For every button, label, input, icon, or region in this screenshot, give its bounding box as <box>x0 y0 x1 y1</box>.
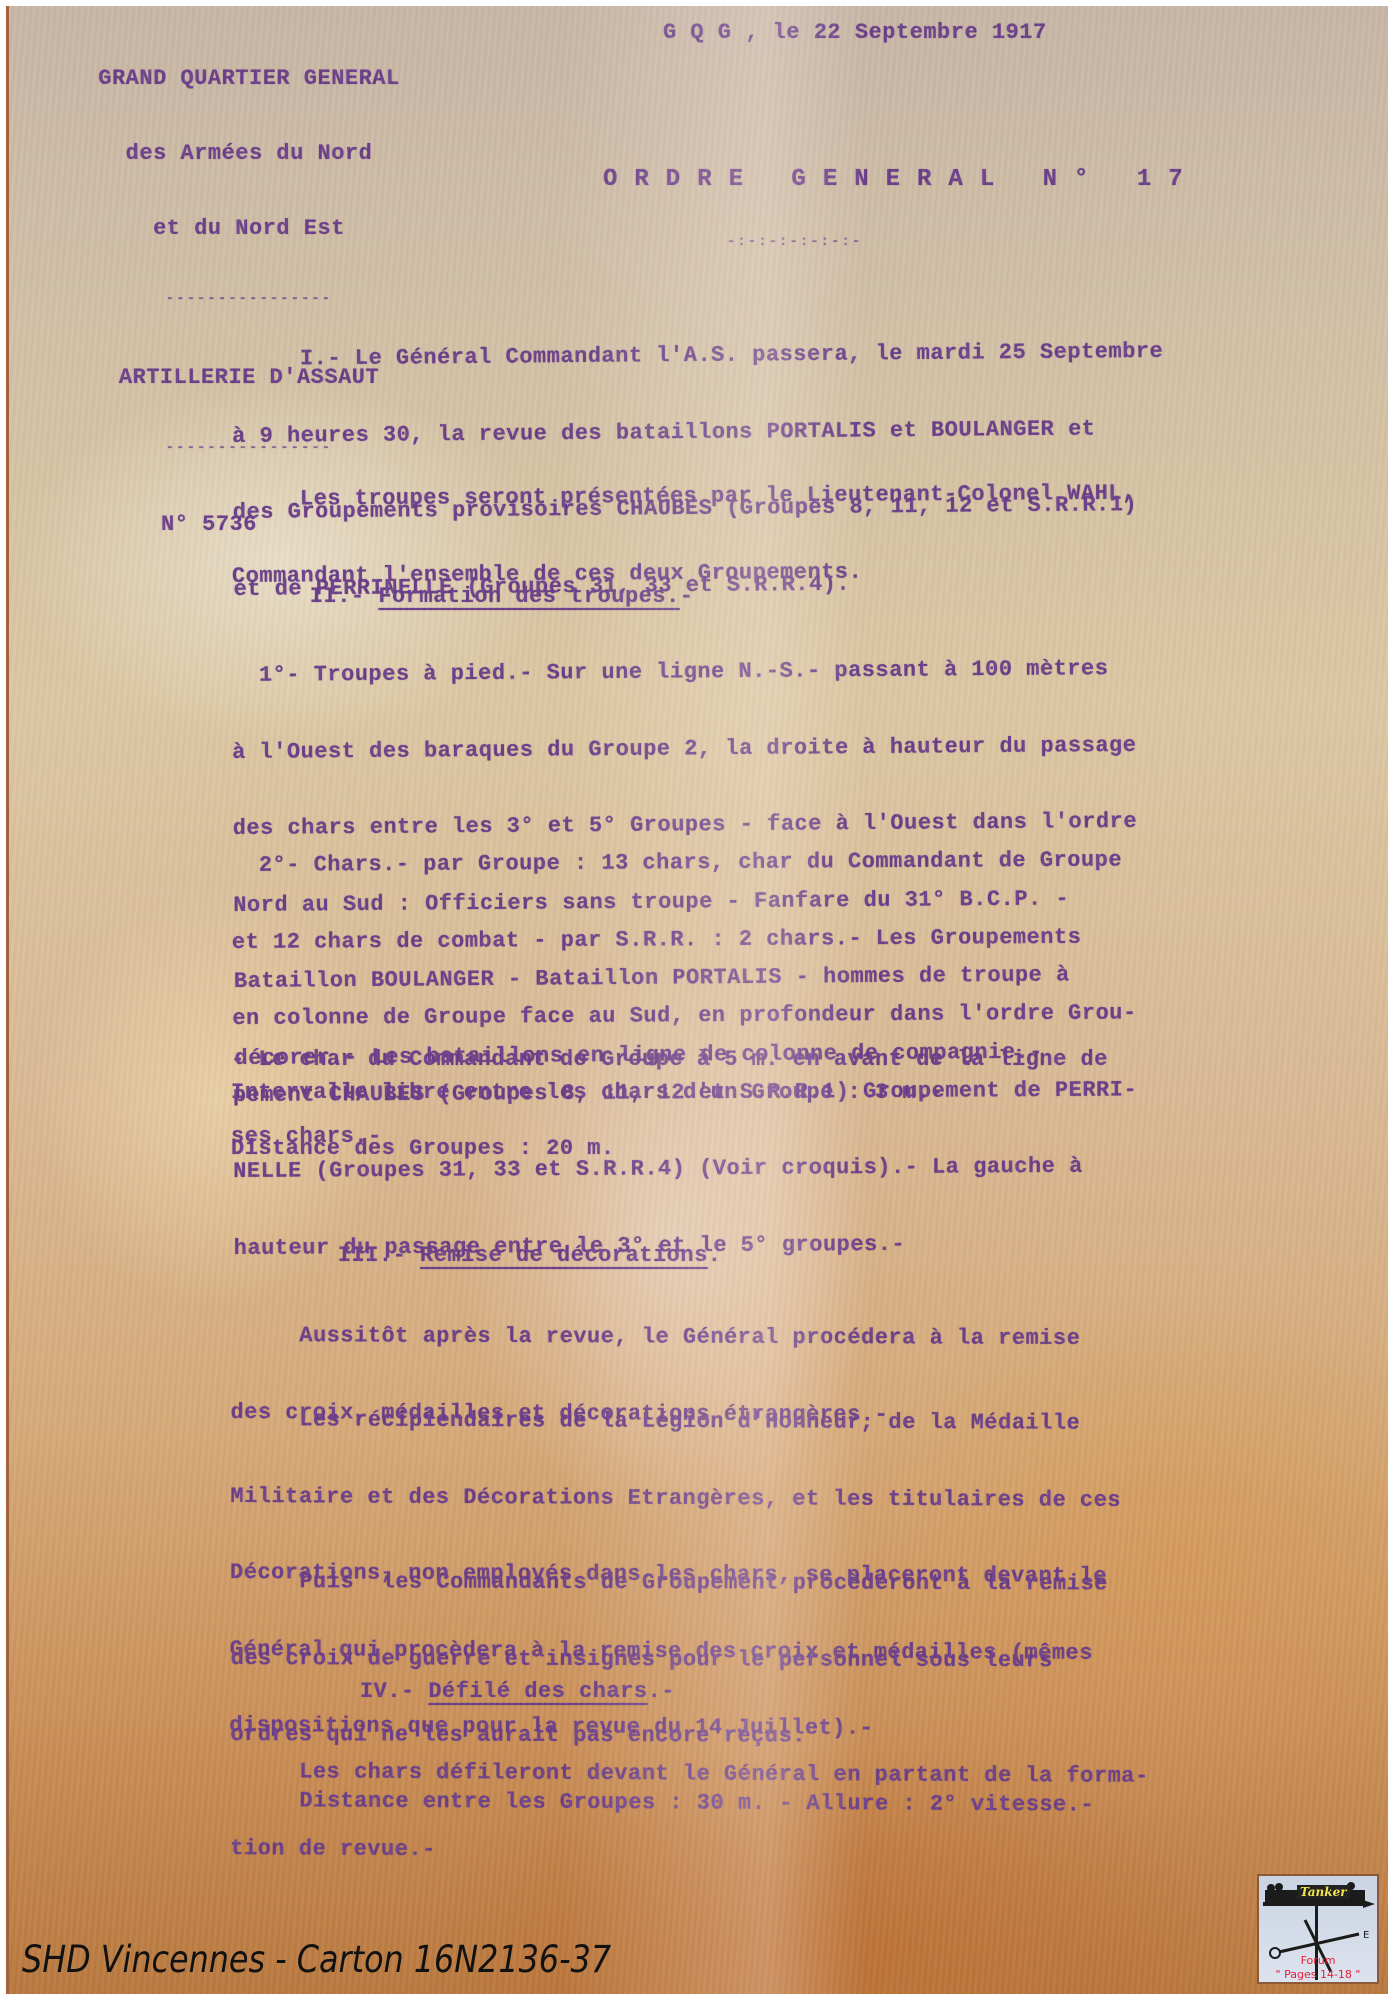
logo-pages-label: " Pages 14-18 " <box>1259 1968 1377 1981</box>
logo-title: Tanker <box>1297 1885 1350 1899</box>
section-title-tail: . <box>708 1243 722 1268</box>
text-line: I.- Le Général Commandant l'A.S. passera… <box>231 339 1163 373</box>
section-title-tail: .- <box>648 1679 675 1704</box>
section-number: III.- <box>338 1243 420 1268</box>
text-line: tion de revue.- <box>230 1835 1148 1865</box>
text-line: Les troupes seront présentées par le Lie… <box>231 481 1135 513</box>
dateline: G Q G , le 22 Septembre 1917 <box>663 20 1047 45</box>
text-line: Les chars défileront devant le Général e… <box>231 1759 1149 1789</box>
title-separator: -:-:-:-:-:-:- <box>727 234 862 250</box>
section-number: II.- <box>310 584 379 609</box>
letterhead-line3: et du Nord Est <box>69 216 429 241</box>
document-title: ORDRE GENERAL N° 17 <box>603 166 1200 193</box>
svg-text:E: E <box>1363 1930 1369 1941</box>
section-title: Défilé des chars <box>428 1679 647 1704</box>
text-line: et 12 chars de combat - par S.R.R. : 2 c… <box>232 924 1136 955</box>
section-title: Formation des troupes. <box>378 584 679 609</box>
text-line: 1°- Troupes à pied.- Sur une ligne N.-S.… <box>231 656 1136 689</box>
section-2-paragraph-4: Intervalle libre entre les chars d'un Gr… <box>231 1080 944 1105</box>
section-number: IV.- <box>360 1679 429 1704</box>
text-line: Les récipiendaires de la Légion d'Honneu… <box>231 1407 1122 1436</box>
text-line: Puis les Commandants de Groupement procè… <box>231 1569 1108 1597</box>
logo-forum-label: Forum <box>1259 1954 1377 1967</box>
text-line: à l'Ouest des baraques du Groupe 2, la d… <box>232 732 1137 765</box>
forum-logo: E Tanker Forum " Pages 14-18 " <box>1257 1874 1379 1984</box>
section-4-paragraph-2: Distance entre les Groupes : 30 m. - All… <box>231 1788 1094 1818</box>
letterhead-line2: des Armées du Nord <box>69 141 429 166</box>
document-photo: GRAND QUARTIER GENERAL des Armées du Nor… <box>6 6 1388 1994</box>
section-title: Remise de décorations <box>420 1243 708 1268</box>
archive-caption: SHD Vincennes - Carton 16N2136-37 <box>22 1938 611 1981</box>
text-line: - Le char du Commandant de Groupe à 5 m.… <box>231 1047 1108 1073</box>
text-line: Militaire et des Décorations Etrangères,… <box>230 1483 1121 1512</box>
letterhead-line1: GRAND QUARTIER GENERAL <box>69 66 429 91</box>
section-2-paragraph-5: Distance des Groupes : 20 m. <box>231 1136 615 1161</box>
section-title-tail: - <box>680 584 694 609</box>
text-line: Aussitôt après la revue, le Général proc… <box>231 1323 1081 1351</box>
text-line: 2°- Chars.- par Groupe : 13 chars, char … <box>231 847 1135 878</box>
